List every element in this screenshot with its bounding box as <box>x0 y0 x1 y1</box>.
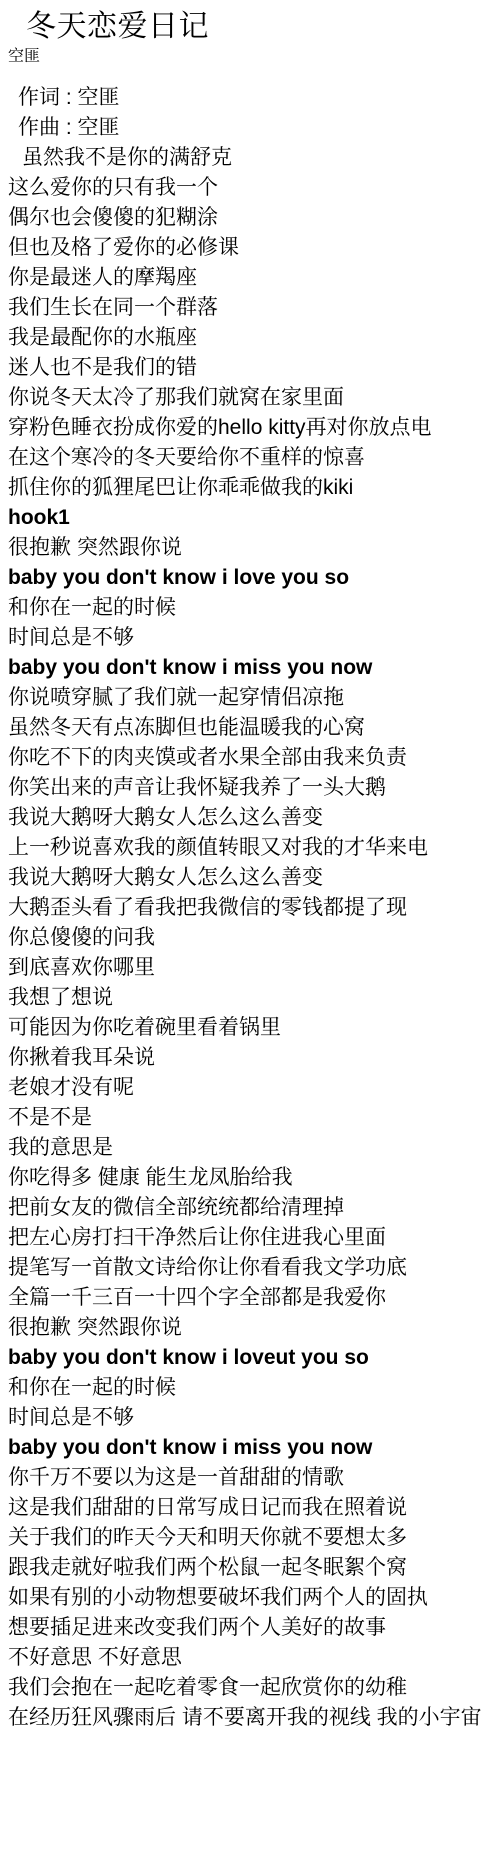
lyric-line: 不是不是 <box>8 1103 492 1133</box>
lyricist-credit: 作词 : 空匪 <box>8 83 492 113</box>
lyric-line: 你千万不要以为这是一首甜甜的情歌 <box>8 1463 492 1493</box>
lyric-line: 关于我们的昨天今天和明天你就不要想太多 <box>8 1523 492 1553</box>
lyric-line: 时间总是不够 <box>8 623 492 653</box>
lyric-line: 老娘才没有呢 <box>8 1073 492 1103</box>
lyric-line: 跟我走就好啦我们两个松鼠一起冬眠絮个窝 <box>8 1553 492 1583</box>
lyric-line: 偶尔也会傻傻的犯糊涂 <box>8 203 492 233</box>
lyric-line: 我们生长在同一个群落 <box>8 293 492 323</box>
lyric-line: 和你在一起的时候 <box>8 593 492 623</box>
lyric-line: 想要插足进来改变我们两个人美好的故事 <box>8 1613 492 1643</box>
lyric-line: 如果有别的小动物想要破坏我们两个人的固执 <box>8 1583 492 1613</box>
lyric-line: 大鹅歪头看了看我把我微信的零钱都提了现 <box>8 893 492 923</box>
lyric-line: 迷人也不是我们的错 <box>8 353 492 383</box>
lyric-line: 时间总是不够 <box>8 1403 492 1433</box>
credits-list: 作词 : 空匪 作曲 : 空匪 <box>8 83 492 143</box>
lyric-line: 虽然我不是你的满舒克 <box>8 143 492 173</box>
lyric-line: 和你在一起的时候 <box>8 1373 492 1403</box>
lyric-line: 你是最迷人的摩羯座 <box>8 263 492 293</box>
lyric-line: 在这个寒冷的冬天要给你不重样的惊喜 <box>8 443 492 473</box>
lyric-line: 我想了想说 <box>8 983 492 1013</box>
lyrics-list: 虽然我不是你的满舒克 这么爱你的只有我一个 偶尔也会傻傻的犯糊涂 但也及格了爱你… <box>8 143 492 1733</box>
lyric-line: 我们会抱在一起吃着零食一起欣赏你的幼稚 <box>8 1673 492 1703</box>
lyric-line: 你揪着我耳朵说 <box>8 1043 492 1073</box>
lyric-line: 很抱歉 突然跟你说 <box>8 533 492 563</box>
lyric-line: 但也及格了爱你的必修课 <box>8 233 492 263</box>
lyric-line: 提笔写一首散文诗给你让你看看我文学功底 <box>8 1253 492 1283</box>
lyric-line: 这么爱你的只有我一个 <box>8 173 492 203</box>
lyric-line: 到底喜欢你哪里 <box>8 953 492 983</box>
lyric-line: 你吃不下的肉夹馍或者水果全部由我来负责 <box>8 743 492 773</box>
lyric-line: 不好意思 不好意思 <box>8 1643 492 1673</box>
lyric-line: 穿粉色睡衣扮成你爱的hello kitty再对你放点电 <box>8 413 492 443</box>
lyric-line: baby you don't know i loveut you so <box>8 1343 492 1373</box>
lyric-line: hook1 <box>8 503 492 533</box>
lyric-line: 你说喷穿腻了我们就一起穿情侣凉拖 <box>8 683 492 713</box>
lyric-line: 你说冬天太冷了那我们就窝在家里面 <box>8 383 492 413</box>
lyric-line: 把左心房打扫干净然后让你住进我心里面 <box>8 1223 492 1253</box>
lyric-line: 可能因为你吃着碗里看着锅里 <box>8 1013 492 1043</box>
lyric-line: 在经历狂风骤雨后 请不要离开我的视线 我的小宇宙 <box>8 1703 492 1733</box>
lyric-line: 我的意思是 <box>8 1133 492 1163</box>
lyric-line: 很抱歉 突然跟你说 <box>8 1313 492 1343</box>
lyric-line: 你总傻傻的问我 <box>8 923 492 953</box>
lyric-line: 全篇一千三百一十四个字全部都是我爱你 <box>8 1283 492 1313</box>
lyric-line: 我说大鹅呀大鹅女人怎么这么善变 <box>8 863 492 893</box>
lyric-line: 我是最配你的水瓶座 <box>8 323 492 353</box>
page-title: 冬天恋爱日记 <box>26 10 492 44</box>
lyric-line: baby you don't know i miss you now <box>8 1433 492 1463</box>
lyric-line: 你笑出来的声音让我怀疑我养了一头大鹅 <box>8 773 492 803</box>
lyric-line: baby you don't know i love you so <box>8 563 492 593</box>
lyric-line: 这是我们甜甜的日常写成日记而我在照着说 <box>8 1493 492 1523</box>
lyric-line: 上一秒说喜欢我的颜值转眼又对我的才华来电 <box>8 833 492 863</box>
lyric-line: baby you don't know i miss you now <box>8 653 492 683</box>
lyric-line: 把前女友的微信全部统统都给清理掉 <box>8 1193 492 1223</box>
composer-credit: 作曲 : 空匪 <box>8 113 492 143</box>
artist-name: 空匪 <box>8 46 492 67</box>
lyric-line: 我说大鹅呀大鹅女人怎么这么善变 <box>8 803 492 833</box>
lyric-line: 你吃得多 健康 能生龙凤胎给我 <box>8 1163 492 1193</box>
lyric-line: 虽然冬天有点冻脚但也能温暖我的心窝 <box>8 713 492 743</box>
lyric-line: 抓住你的狐狸尾巴让你乖乖做我的kiki <box>8 473 492 503</box>
